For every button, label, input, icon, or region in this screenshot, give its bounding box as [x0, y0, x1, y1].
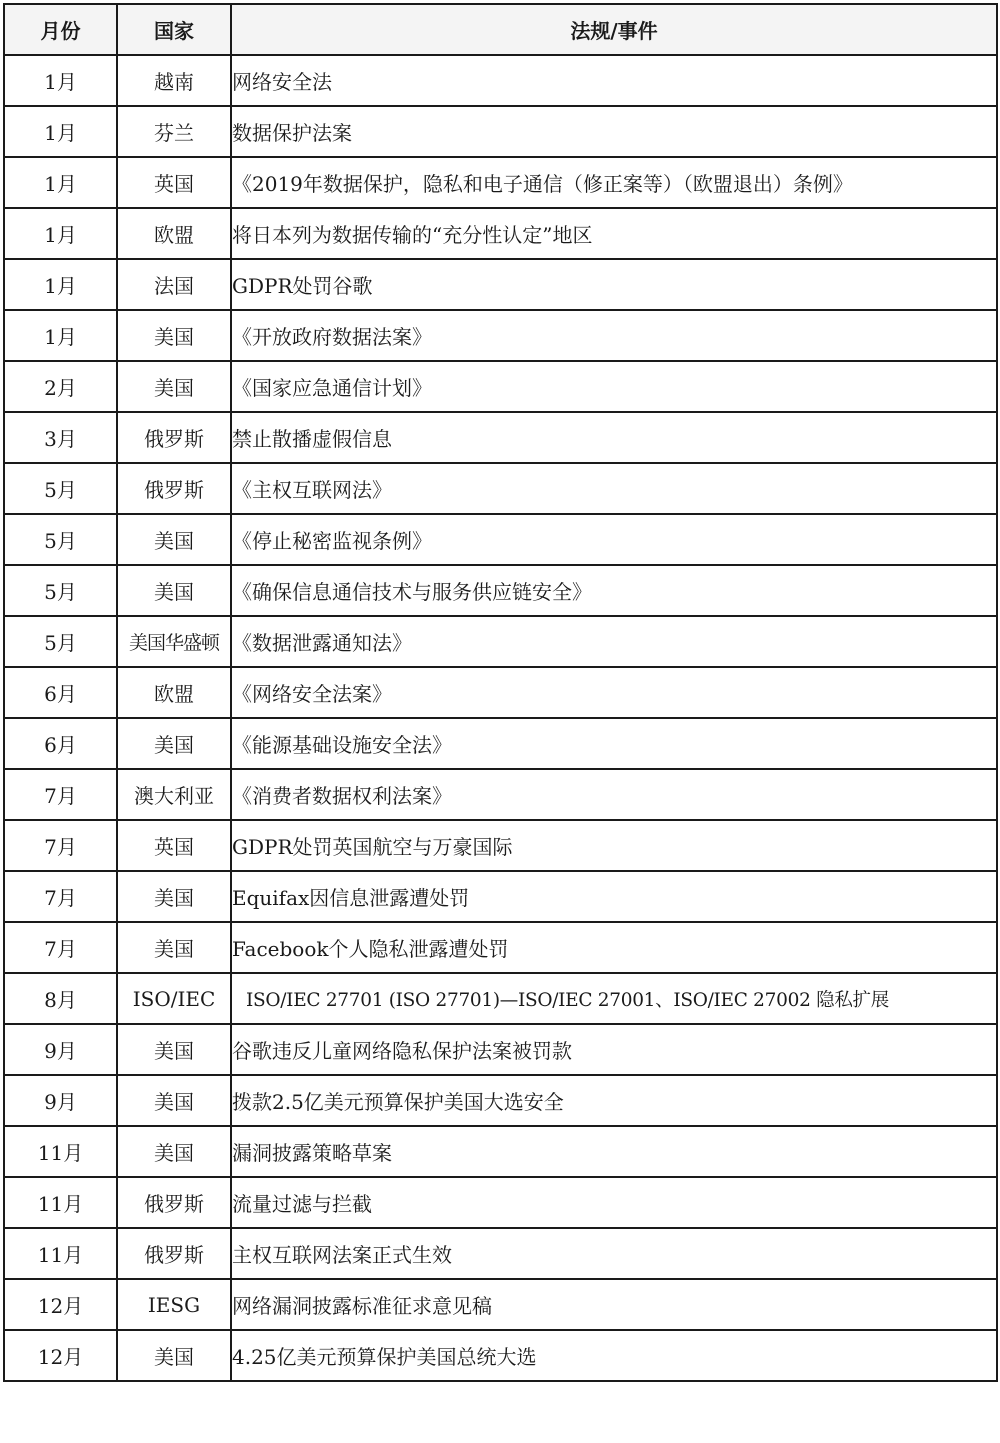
month-cell: 2月: [4, 361, 117, 412]
event-cell: 拨款2.5亿美元预算保护美国大选安全: [231, 1075, 997, 1126]
country-cell: 英国: [117, 157, 231, 208]
month-cell: 6月: [4, 667, 117, 718]
table-row: 2月 美国 《国家应急通信计划》: [4, 361, 997, 412]
table-row: 11月 俄罗斯 流量过滤与拦截: [4, 1177, 997, 1228]
event-cell: 主权互联网法案正式生效: [231, 1228, 997, 1279]
table-row: 1月 英国 《2019年数据保护，隐私和电子通信（修正案等）（欧盟退出）条例》: [4, 157, 997, 208]
country-cell: 美国华盛顿: [117, 616, 231, 667]
month-cell: 7月: [4, 922, 117, 973]
country-cell: 美国: [117, 1126, 231, 1177]
country-cell: 美国: [117, 871, 231, 922]
country-cell: 越南: [117, 55, 231, 106]
month-cell: 11月: [4, 1126, 117, 1177]
month-cell: 9月: [4, 1024, 117, 1075]
month-cell: 7月: [4, 769, 117, 820]
country-cell: 欧盟: [117, 667, 231, 718]
month-cell: 8月: [4, 973, 117, 1024]
month-cell: 7月: [4, 871, 117, 922]
table-row: 1月 越南 网络安全法: [4, 55, 997, 106]
country-cell: 美国: [117, 1330, 231, 1381]
table-row: 1月 法国 GDPR处罚谷歌: [4, 259, 997, 310]
header-event: 法规/事件: [231, 4, 997, 55]
event-cell: 4.25亿美元预算保护美国总统大选: [231, 1330, 997, 1381]
table-row: 7月 澳大利亚 《消费者数据权利法案》: [4, 769, 997, 820]
header-country: 国家: [117, 4, 231, 55]
event-cell: 《网络安全法案》: [231, 667, 997, 718]
table-row: 6月 欧盟 《网络安全法案》: [4, 667, 997, 718]
table-row: 1月 美国 《开放政府数据法案》: [4, 310, 997, 361]
event-cell: 《停止秘密监视条例》: [231, 514, 997, 565]
table-row: 7月 英国 GDPR处罚英国航空与万豪国际: [4, 820, 997, 871]
country-cell: 俄罗斯: [117, 1228, 231, 1279]
event-cell: 《国家应急通信计划》: [231, 361, 997, 412]
table-row: 3月 俄罗斯 禁止散播虚假信息: [4, 412, 997, 463]
table-row: 1月 芬兰 数据保护法案: [4, 106, 997, 157]
month-cell: 1月: [4, 106, 117, 157]
event-cell: Facebook个人隐私泄露遭处罚: [231, 922, 997, 973]
month-cell: 5月: [4, 616, 117, 667]
event-cell: GDPR处罚英国航空与万豪国际: [231, 820, 997, 871]
month-cell: 1月: [4, 55, 117, 106]
table-row: 12月 IESG 网络漏洞披露标准征求意见稿: [4, 1279, 997, 1330]
event-cell: 网络安全法: [231, 55, 997, 106]
event-cell: Equifax因信息泄露遭处罚: [231, 871, 997, 922]
event-cell: 《能源基础设施安全法》: [231, 718, 997, 769]
country-cell: 美国: [117, 1024, 231, 1075]
month-cell: 5月: [4, 514, 117, 565]
event-cell: 《确保信息通信技术与服务供应链安全》: [231, 565, 997, 616]
event-cell: 禁止散播虚假信息: [231, 412, 997, 463]
month-cell: 5月: [4, 565, 117, 616]
country-cell: 美国: [117, 514, 231, 565]
event-cell: 《消费者数据权利法案》: [231, 769, 997, 820]
country-cell: 英国: [117, 820, 231, 871]
country-cell: 美国: [117, 565, 231, 616]
table-row: 5月 美国 《确保信息通信技术与服务供应链安全》: [4, 565, 997, 616]
country-cell: 芬兰: [117, 106, 231, 157]
country-cell: 美国: [117, 361, 231, 412]
table-row: 1月 欧盟 将日本列为数据传输的“充分性认定”地区: [4, 208, 997, 259]
table-row: 12月 美国 4.25亿美元预算保护美国总统大选: [4, 1330, 997, 1381]
event-cell: 《数据泄露通知法》: [231, 616, 997, 667]
table-row: 8月 ISO/IEC ISO/IEC 27701 (ISO 27701)—ISO…: [4, 973, 997, 1024]
month-cell: 9月: [4, 1075, 117, 1126]
country-cell: 美国: [117, 310, 231, 361]
table-row: 7月 美国 Equifax因信息泄露遭处罚: [4, 871, 997, 922]
event-cell: 数据保护法案: [231, 106, 997, 157]
event-cell: 《主权互联网法》: [231, 463, 997, 514]
month-cell: 1月: [4, 310, 117, 361]
month-cell: 11月: [4, 1228, 117, 1279]
table-row: 5月 美国华盛顿 《数据泄露通知法》: [4, 616, 997, 667]
month-cell: 11月: [4, 1177, 117, 1228]
month-cell: 1月: [4, 157, 117, 208]
header-month: 月份: [4, 4, 117, 55]
month-cell: 7月: [4, 820, 117, 871]
event-cell: 《2019年数据保护，隐私和电子通信（修正案等）（欧盟退出）条例》: [231, 157, 997, 208]
country-cell: 俄罗斯: [117, 1177, 231, 1228]
event-cell: GDPR处罚谷歌: [231, 259, 997, 310]
month-cell: 3月: [4, 412, 117, 463]
table-row: 9月 美国 拨款2.5亿美元预算保护美国大选安全: [4, 1075, 997, 1126]
country-cell: 法国: [117, 259, 231, 310]
table-row: 11月 俄罗斯 主权互联网法案正式生效: [4, 1228, 997, 1279]
month-cell: 1月: [4, 208, 117, 259]
event-cell: 网络漏洞披露标准征求意见稿: [231, 1279, 997, 1330]
event-cell: 流量过滤与拦截: [231, 1177, 997, 1228]
regulations-table: 月份 国家 法规/事件 1月 越南 网络安全法 1月 芬兰 数据保护法案 1月 …: [3, 3, 998, 1382]
month-cell: 5月: [4, 463, 117, 514]
table-row: 7月 美国 Facebook个人隐私泄露遭处罚: [4, 922, 997, 973]
country-cell: 俄罗斯: [117, 463, 231, 514]
country-cell: 俄罗斯: [117, 412, 231, 463]
month-cell: 12月: [4, 1279, 117, 1330]
table-row: 9月 美国 谷歌违反儿童网络隐私保护法案被罚款: [4, 1024, 997, 1075]
month-cell: 1月: [4, 259, 117, 310]
event-cell: 《开放政府数据法案》: [231, 310, 997, 361]
country-cell: 美国: [117, 718, 231, 769]
table-row: 5月 美国 《停止秘密监视条例》: [4, 514, 997, 565]
country-cell: IESG: [117, 1279, 231, 1330]
event-cell: 谷歌违反儿童网络隐私保护法案被罚款: [231, 1024, 997, 1075]
table-row: 5月 俄罗斯 《主权互联网法》: [4, 463, 997, 514]
country-cell: ISO/IEC: [117, 973, 231, 1024]
header-row: 月份 国家 法规/事件: [4, 4, 997, 55]
country-cell: 欧盟: [117, 208, 231, 259]
table-row: 11月 美国 漏洞披露策略草案: [4, 1126, 997, 1177]
month-cell: 12月: [4, 1330, 117, 1381]
event-cell: ISO/IEC 27701 (ISO 27701)—ISO/IEC 27001、…: [231, 973, 997, 1024]
event-cell: 将日本列为数据传输的“充分性认定”地区: [231, 208, 997, 259]
country-cell: 美国: [117, 1075, 231, 1126]
event-cell: 漏洞披露策略草案: [231, 1126, 997, 1177]
country-cell: 美国: [117, 922, 231, 973]
table-row: 6月 美国 《能源基础设施安全法》: [4, 718, 997, 769]
country-cell: 澳大利亚: [117, 769, 231, 820]
month-cell: 6月: [4, 718, 117, 769]
